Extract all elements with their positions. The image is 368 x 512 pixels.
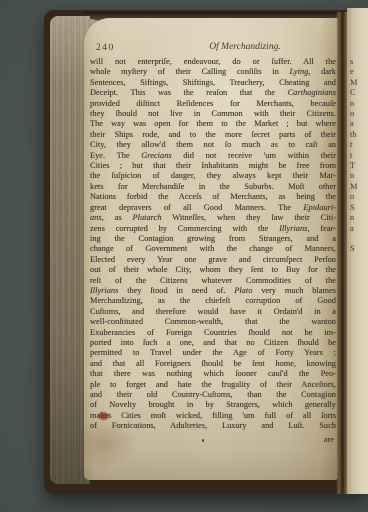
text-line: zens corrupted by Commercing with the Il… bbox=[90, 224, 336, 234]
fragment-line: n bbox=[350, 213, 367, 223]
fragment-line bbox=[350, 390, 367, 400]
text-line: provided diſtinct Reſidences for Merchan… bbox=[90, 99, 336, 109]
fragment-line: T bbox=[350, 161, 367, 171]
fragment-line: S bbox=[350, 244, 367, 254]
text-line: Exuberancies of Foreign Countries ſhould… bbox=[90, 328, 336, 338]
fragment-line bbox=[350, 421, 367, 431]
fragment-line: n bbox=[350, 171, 367, 181]
fragment-line bbox=[350, 255, 367, 265]
text-line: Deceipt. This was the reaſon that the Ca… bbox=[90, 88, 336, 98]
text-line: Sentences, Siftings, Shiftings, Treacher… bbox=[90, 78, 336, 88]
text-line: Eye. The Grecians did not receive 'um wi… bbox=[90, 151, 336, 161]
fragment-line: a bbox=[350, 119, 367, 129]
text-line: that there was nothing which ſooner cauſ… bbox=[90, 369, 336, 379]
photo-background: seMCnoathttTnMoSnaS 240 Of Merchandizing… bbox=[0, 0, 368, 512]
text-line: ple to forget and hate the frugality of … bbox=[90, 380, 336, 390]
text-line: kets for Merchandiſe in the Suburbs. Moſ… bbox=[90, 182, 336, 192]
fragment-line bbox=[350, 400, 367, 410]
text-line: Elected every Year one grave and circumſ… bbox=[90, 255, 336, 265]
facing-page-fragments: seMCnoathttTnMoSnaS bbox=[350, 57, 367, 432]
text-line: reſt of the Citizens whatever Commoditie… bbox=[90, 276, 336, 286]
text-line: the ſuſpicion of danger, they always kep… bbox=[90, 171, 336, 181]
text-line: Cuſtoms, and therefore would have it Ord… bbox=[90, 307, 336, 317]
catchword: are bbox=[300, 435, 334, 444]
text-line: change of Government with the change of … bbox=[90, 244, 336, 254]
text-line: permitted to Travel under the Age of For… bbox=[90, 348, 336, 358]
fragment-line bbox=[350, 411, 367, 421]
fragment-line bbox=[350, 348, 367, 358]
fragment-line: th bbox=[350, 130, 367, 140]
text-line: whole myſtery of their Calling conſiſts … bbox=[90, 67, 336, 77]
text-line: ported into ſuch a one, and that no Citi… bbox=[90, 338, 336, 348]
text-line: their Ships rode, and to the more ſecret… bbox=[90, 130, 336, 140]
text-line: City, they allow'd them not ſo much as t… bbox=[90, 140, 336, 150]
fragment-line bbox=[350, 338, 367, 348]
running-title: Of Merchandizing. bbox=[170, 42, 320, 52]
fragment-line: a bbox=[350, 224, 367, 234]
fragment-line: t bbox=[350, 151, 367, 161]
ink-speck bbox=[202, 439, 204, 442]
fragment-line bbox=[350, 359, 367, 369]
fragment-line: o bbox=[350, 192, 367, 202]
fragment-line bbox=[350, 276, 367, 286]
fragment-line: n bbox=[350, 99, 367, 109]
text-line: of Novelty brought in by Strangers, whic… bbox=[90, 400, 336, 410]
page-number: 240 bbox=[96, 43, 130, 53]
text-line: Merchandizing, as the chiefeſt corruptio… bbox=[90, 296, 336, 306]
text-line: great depravers of all Good Manners. The… bbox=[90, 203, 336, 213]
fragment-line bbox=[350, 296, 367, 306]
fragment-line bbox=[350, 286, 367, 296]
fragment-line bbox=[350, 317, 367, 327]
text-line: ing the Contagion growing from Strangers… bbox=[90, 234, 336, 244]
text-line: will not enterpriſe, endeavour, do or ſu… bbox=[90, 57, 336, 67]
text-line: Illyrians they ſtood in need of. Plato v… bbox=[90, 286, 336, 296]
red-ink-stain bbox=[97, 411, 110, 421]
fragment-line: e bbox=[350, 67, 367, 77]
text-line: of Fornications, Adulteries, Luxury and … bbox=[90, 421, 336, 431]
text-line: ans, as Plutarch Witneſſes, when they ſa… bbox=[90, 213, 336, 223]
fragment-line bbox=[350, 369, 367, 379]
text-line: The way was open for them to the Market … bbox=[90, 119, 336, 129]
text-block: will not enterpriſe, endeavour, do or ſu… bbox=[90, 57, 336, 432]
fragment-line bbox=[350, 265, 367, 275]
fragment-line bbox=[350, 307, 367, 317]
fragment-line: t bbox=[350, 140, 367, 150]
fragment-line: S bbox=[350, 203, 367, 213]
text-line: they ſhould not live in Common with thei… bbox=[90, 109, 336, 119]
fragment-line bbox=[350, 234, 367, 244]
text-line: and that all Foreigners ſhould be ſent h… bbox=[90, 359, 336, 369]
fragment-line: M bbox=[350, 182, 367, 192]
fragment-line: M bbox=[350, 78, 367, 88]
fragment-line bbox=[350, 328, 367, 338]
text-line: Cities ; but that their Inhabitants migh… bbox=[90, 161, 336, 171]
fragment-line bbox=[350, 380, 367, 390]
text-line: Nations forbid the Acceſs of Merchants, … bbox=[90, 192, 336, 202]
fragment-line: C bbox=[350, 88, 367, 98]
text-line: makes Cities moſt wicked, filling 'um fu… bbox=[90, 411, 336, 421]
text-line: and their old Country-Cuſtoms, than the … bbox=[90, 390, 336, 400]
text-line: well-conſtituted Common-wealth, that the… bbox=[90, 317, 336, 327]
text-line: out of their whole City, whom they ſent … bbox=[90, 265, 336, 275]
fragment-line: s bbox=[350, 57, 367, 67]
fragment-line: o bbox=[350, 109, 367, 119]
